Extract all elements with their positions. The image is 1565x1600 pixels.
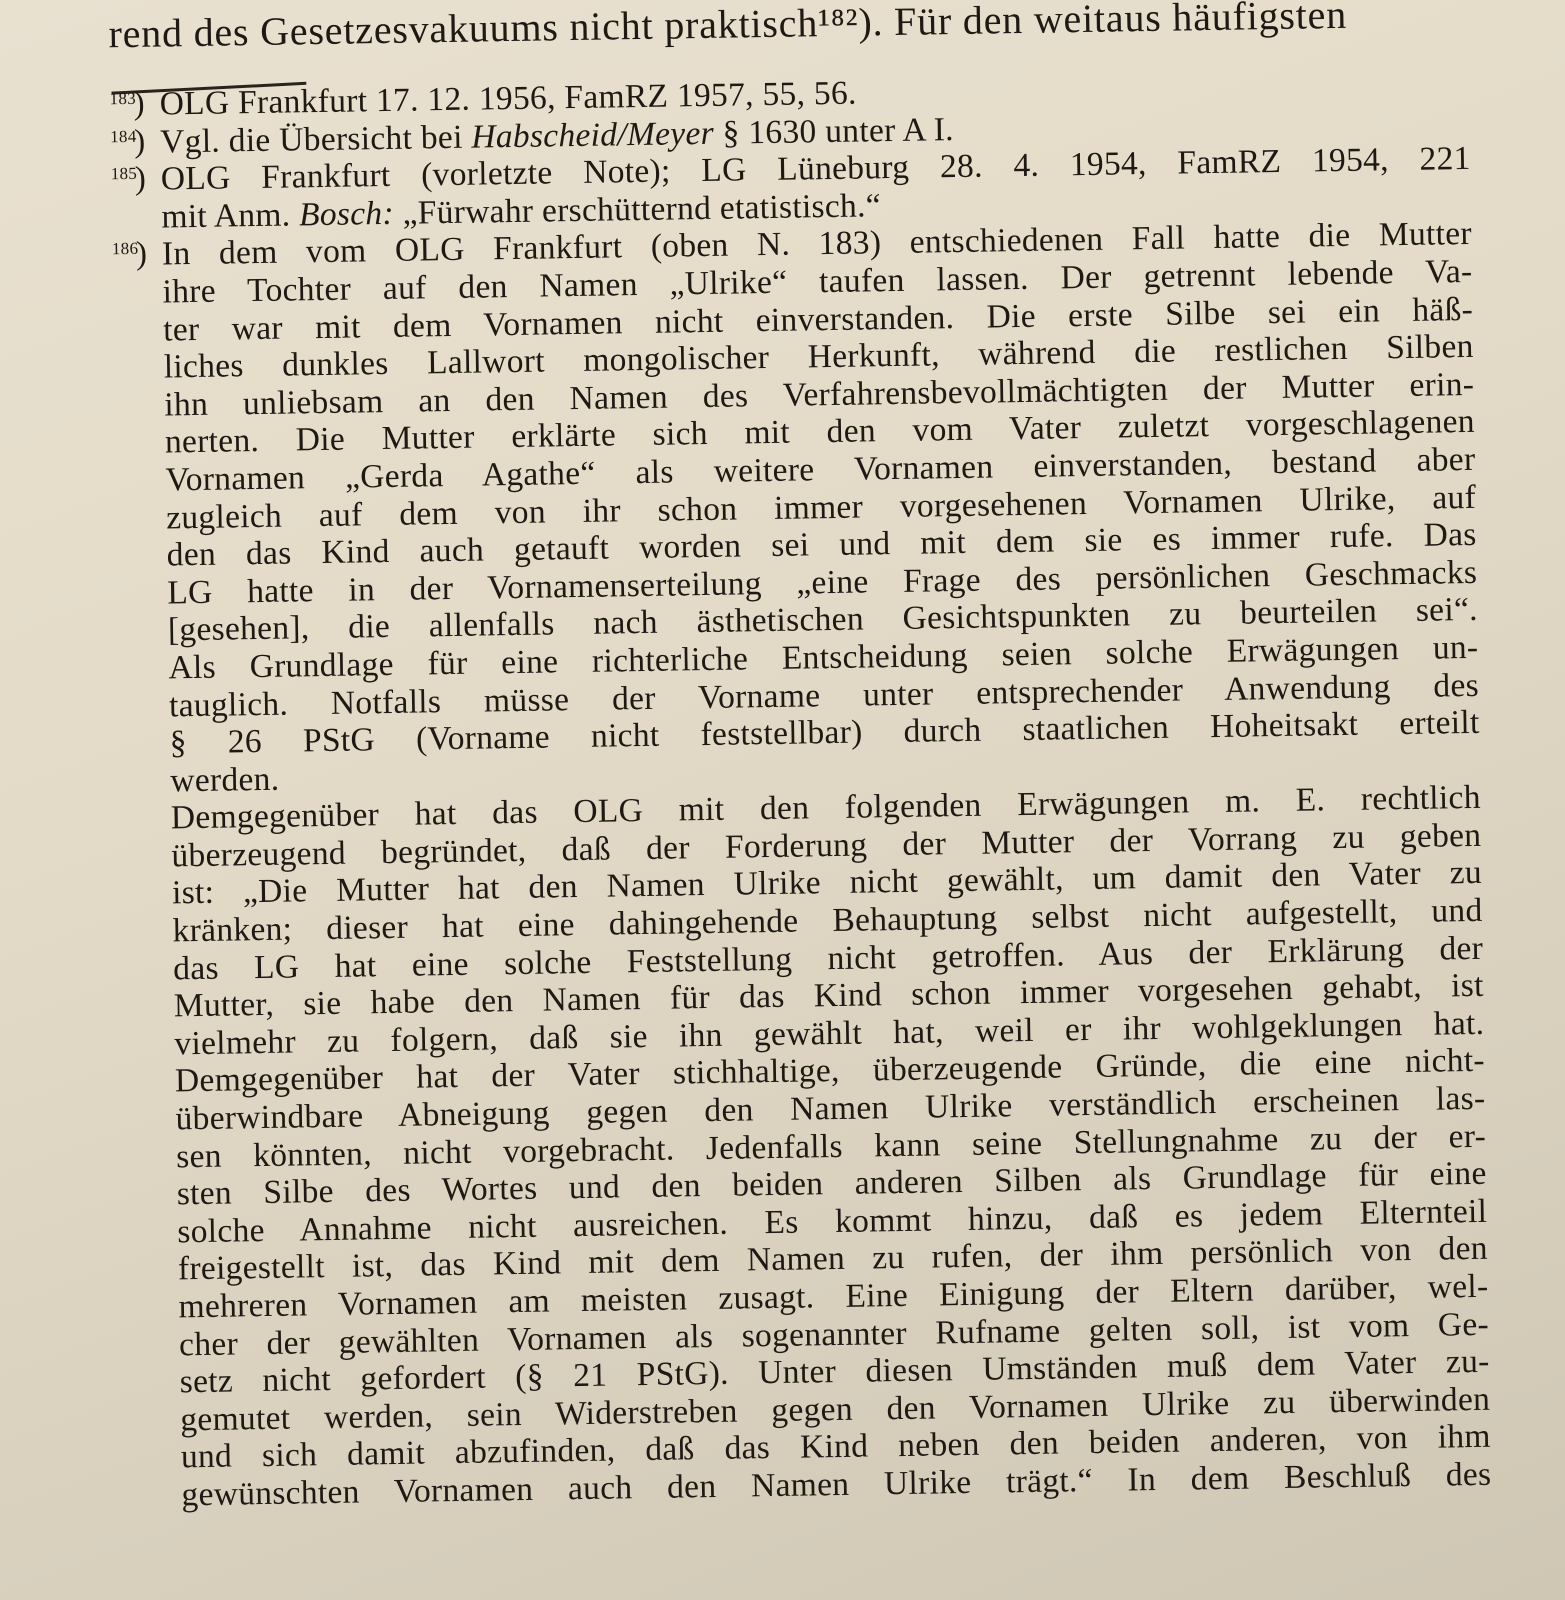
author-citation: Habscheid/Meyer — [471, 114, 714, 155]
footnote-text: § 1630 unter A I. — [714, 111, 954, 152]
footnote-paren: ) — [135, 161, 147, 199]
footnote-text: Vgl. die Übersicht bei — [160, 118, 472, 160]
footnote-paren: ) — [134, 123, 146, 161]
book-page: rend des Gesetzesvakuums nicht praktisch… — [0, 0, 1565, 1600]
footnote-186: 186 ) In dem vom OLG Frankfurt (oben N. … — [112, 215, 1492, 1514]
body-text-last-line: rend des Gesetzesvakuums nicht praktisch… — [108, 0, 1347, 56]
footnote-paren: ) — [136, 236, 148, 274]
footnote-number: 186 — [112, 239, 139, 259]
footnote-text: mit Anm. — [161, 196, 299, 235]
author-citation: Bosch: — [299, 195, 394, 233]
footnote-number: 183 — [109, 89, 136, 109]
footnotes-section: 183 ) OLG Frankfurt 17. 12. 1956, FamRZ … — [109, 65, 1491, 1515]
footnote-paren: ) — [133, 86, 145, 124]
footnote-number: 185 — [111, 164, 138, 184]
footnote-number: 184 — [110, 126, 137, 146]
